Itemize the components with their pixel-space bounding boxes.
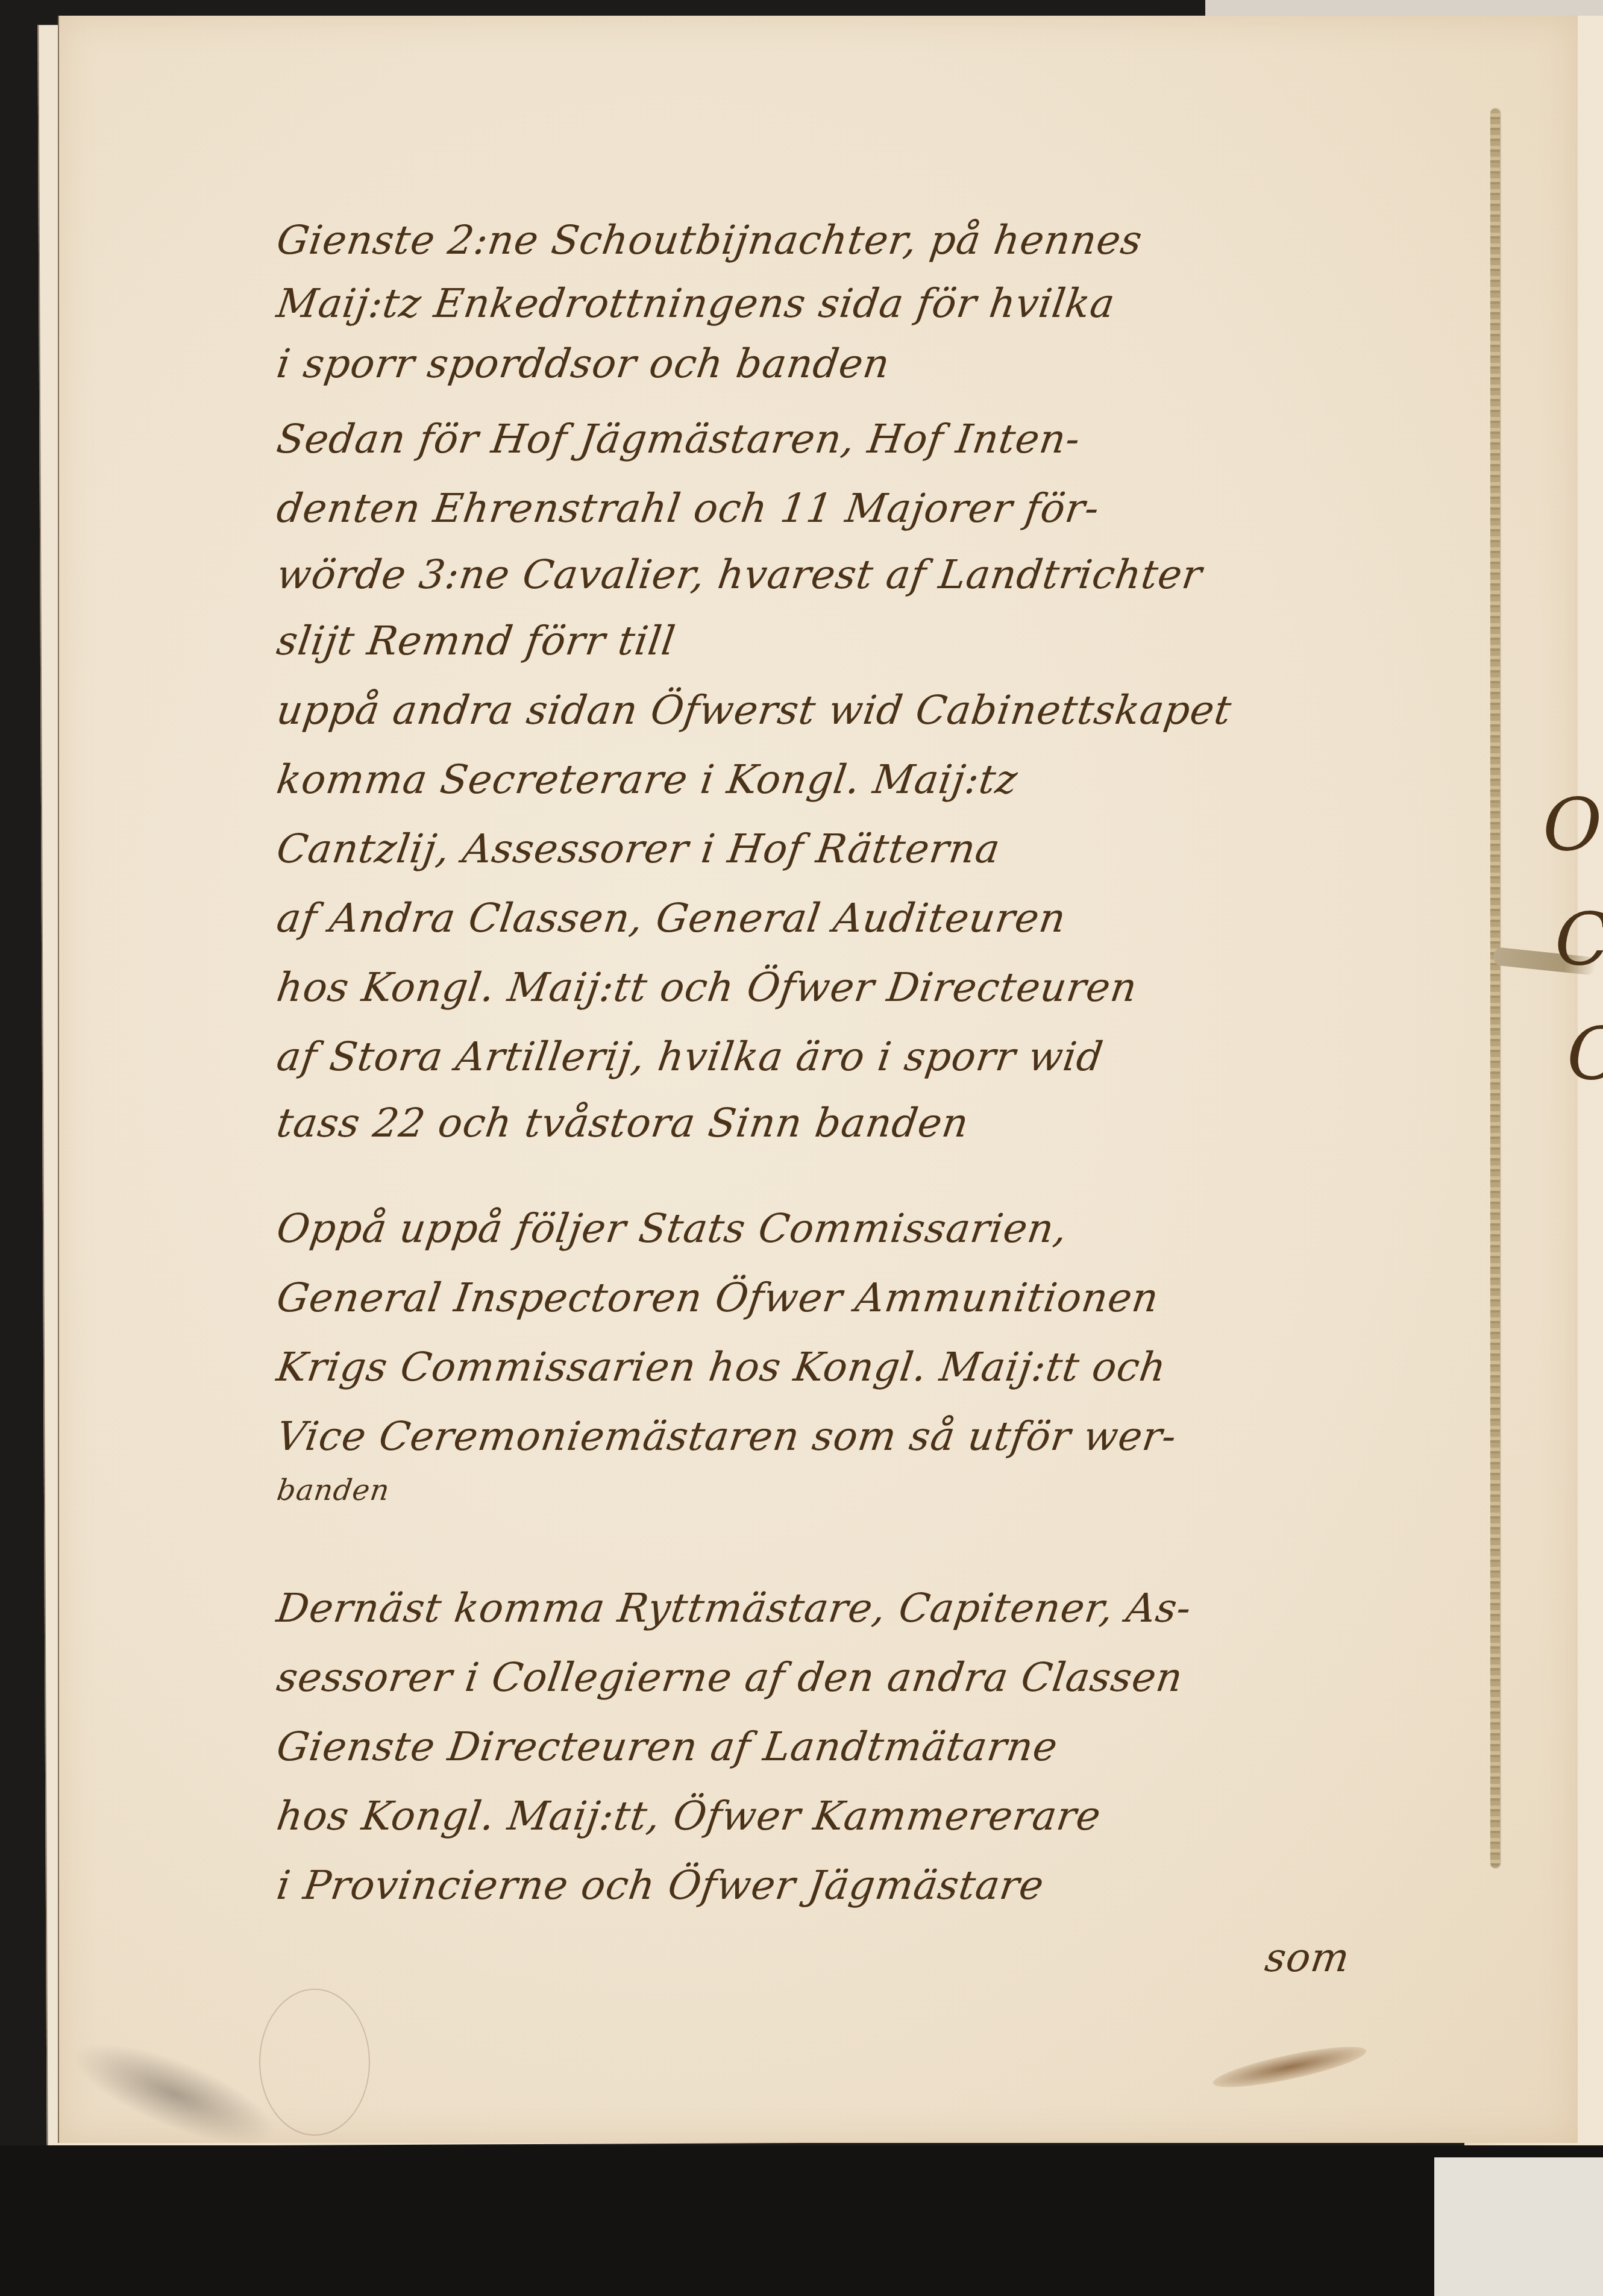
facing-page-letter: O [1543,783,1602,867]
text-line: Krigs Commissarien hos Kongl. Maij:tt oc… [274,1344,1170,1390]
text-line: Maij:tz Enkedrottningens sida för hvilka [274,280,1118,327]
catchword: som [1263,1934,1353,1981]
facing-page-letter: C [1567,1012,1603,1096]
text-line: Gienste 2:ne Schoutbijnachter, på hennes [274,217,1146,263]
bleed-through-mark [259,1989,370,2136]
text-line: Vice Ceremoniemästaren som så utför wer- [274,1413,1180,1460]
text-line: Cantzlij, Assessorer i Hof Rätterna [274,826,1003,872]
text-line: Sedan för Hof Jägmästaren, Hof Inten- [274,416,1084,462]
text-line: i sporr sporddsor och banden [274,340,893,387]
text-line: General Inspectoren Öfwer Ammunitionen [274,1275,1162,1321]
text-line: i Provincierne och Öfwer Jägmästare [274,1862,1047,1909]
text-line: tass 22 och tvåstora Sinn banden [274,1100,972,1146]
underlying-paper [1434,2157,1603,2296]
binding-thread [1490,108,1500,1868]
text-line: banden [275,1473,392,1507]
text-line: sessorer i Collegierne af den andra Clas… [274,1654,1186,1701]
text-line: hos Kongl. Maij:tt och Öfwer Directeuren [274,964,1140,1011]
text-line: Gienste Directeuren af Landtmätarne [274,1724,1061,1770]
text-line: Oppå uppå följer Stats Commissarien, [274,1205,1071,1252]
text-line: uppå andra sidan Öfwerst wid Cabinettska… [274,687,1235,733]
text-line: af Stora Artillerij, hvilka äro i sporr … [274,1034,1106,1080]
text-line: komma Secreterare i Kongl. Maij:tz [274,756,1021,803]
text-line: af Andra Classen, General Auditeuren [274,895,1069,941]
scan-background [0,2145,1603,2296]
text-line: slijt Remnd förr till [274,618,679,664]
text-line: wörde 3:ne Cavalier, hvarest af Landtric… [274,551,1205,598]
facing-page-letter: C [1555,898,1603,982]
text-line: Dernäst komma Ryttmästare, Capitener, As… [274,1585,1194,1631]
text-line: denten Ehrenstrahl och 11 Majorer för- [274,485,1103,532]
text-line: hos Kongl. Maij:tt, Öfwer Kammererare [274,1793,1104,1839]
manuscript-scan: O C C Gienste 2:ne Schoutbijnachter, på … [0,0,1603,2296]
